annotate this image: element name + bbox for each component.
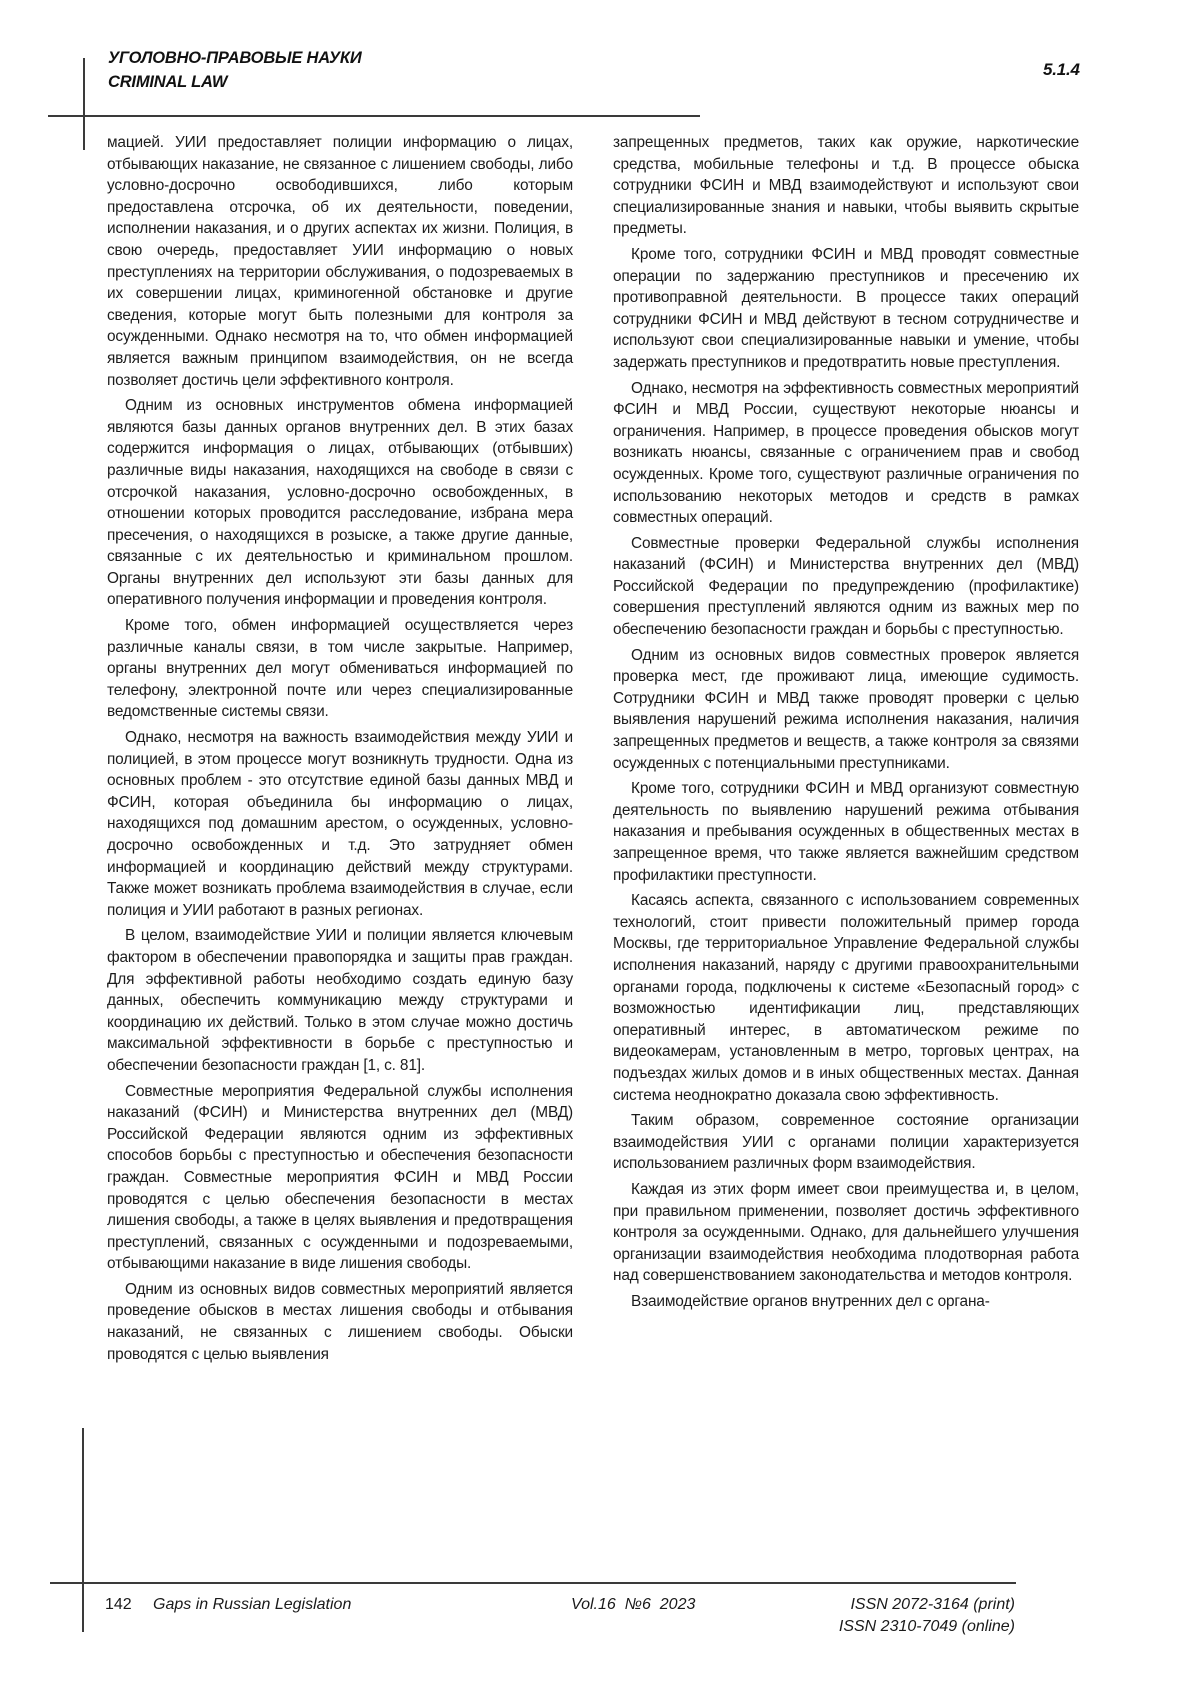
section-code: 5.1.4 bbox=[1043, 58, 1080, 82]
paragraph: Одним из основных инструментов обмена ин… bbox=[107, 395, 573, 611]
issue-info: Vol.16 №6 2023 bbox=[571, 1594, 695, 1616]
paragraph: Кроме того, сотрудники ФСИН и МВД органи… bbox=[613, 778, 1079, 886]
paragraph: Касаясь аспекта, связанного с использова… bbox=[613, 890, 1079, 1106]
paragraph: Однако, несмотря на важность взаимодейст… bbox=[107, 727, 573, 921]
paragraph: мацией. УИИ предоставляет полиции информ… bbox=[107, 132, 573, 391]
paragraph: В целом, взаимодействие УИИ и полиции яв… bbox=[107, 925, 573, 1076]
paragraph: Таким образом, современное состояние орг… bbox=[613, 1110, 1079, 1175]
left-column: мацией. УИИ предоставляет полиции информ… bbox=[107, 132, 573, 1369]
issn-print: ISSN 2072-3164 (print) bbox=[800, 1594, 1015, 1616]
paragraph: Однако, несмотря на эффективность совмес… bbox=[613, 378, 1079, 529]
paragraph: Каждая из этих форм имеет свои преимущес… bbox=[613, 1179, 1079, 1287]
issn-block: ISSN 2072-3164 (print) ISSN 2310-7049 (o… bbox=[800, 1594, 1015, 1638]
footer-horizontal-rule bbox=[50, 1582, 1016, 1584]
paragraph: запрещенных предметов, таких как оружие,… bbox=[613, 132, 1079, 240]
footer-vertical-rule bbox=[82, 1428, 84, 1632]
right-column: запрещенных предметов, таких как оружие,… bbox=[613, 132, 1079, 1316]
paragraph: Совместные проверки Федеральной службы и… bbox=[613, 533, 1079, 641]
paragraph: Совместные мероприятия Федеральной служб… bbox=[107, 1081, 573, 1275]
page-number: 142 bbox=[105, 1594, 132, 1616]
paragraph: Одним из основных видов совместных прове… bbox=[613, 645, 1079, 775]
paragraph: Взаимодействие органов внутренних дел с … bbox=[613, 1291, 1079, 1313]
paragraph: Одним из основных видов совместных мероп… bbox=[107, 1279, 573, 1365]
issn-online: ISSN 2310-7049 (online) bbox=[800, 1616, 1015, 1638]
header-section: УГОЛОВНО-ПРАВОВЫЕ НАУКИ CRIMINAL LAW bbox=[108, 46, 362, 94]
paragraph: Кроме того, сотрудники ФСИН и МВД провод… bbox=[613, 244, 1079, 374]
section-title-ru: УГОЛОВНО-ПРАВОВЫЕ НАУКИ bbox=[108, 46, 362, 70]
header-horizontal-rule bbox=[48, 115, 700, 117]
journal-title: Gaps in Russian Legislation bbox=[153, 1594, 351, 1616]
header-vertical-rule bbox=[83, 58, 85, 150]
paragraph: Кроме того, обмен информацией осуществля… bbox=[107, 615, 573, 723]
section-title-en: CRIMINAL LAW bbox=[108, 70, 362, 94]
